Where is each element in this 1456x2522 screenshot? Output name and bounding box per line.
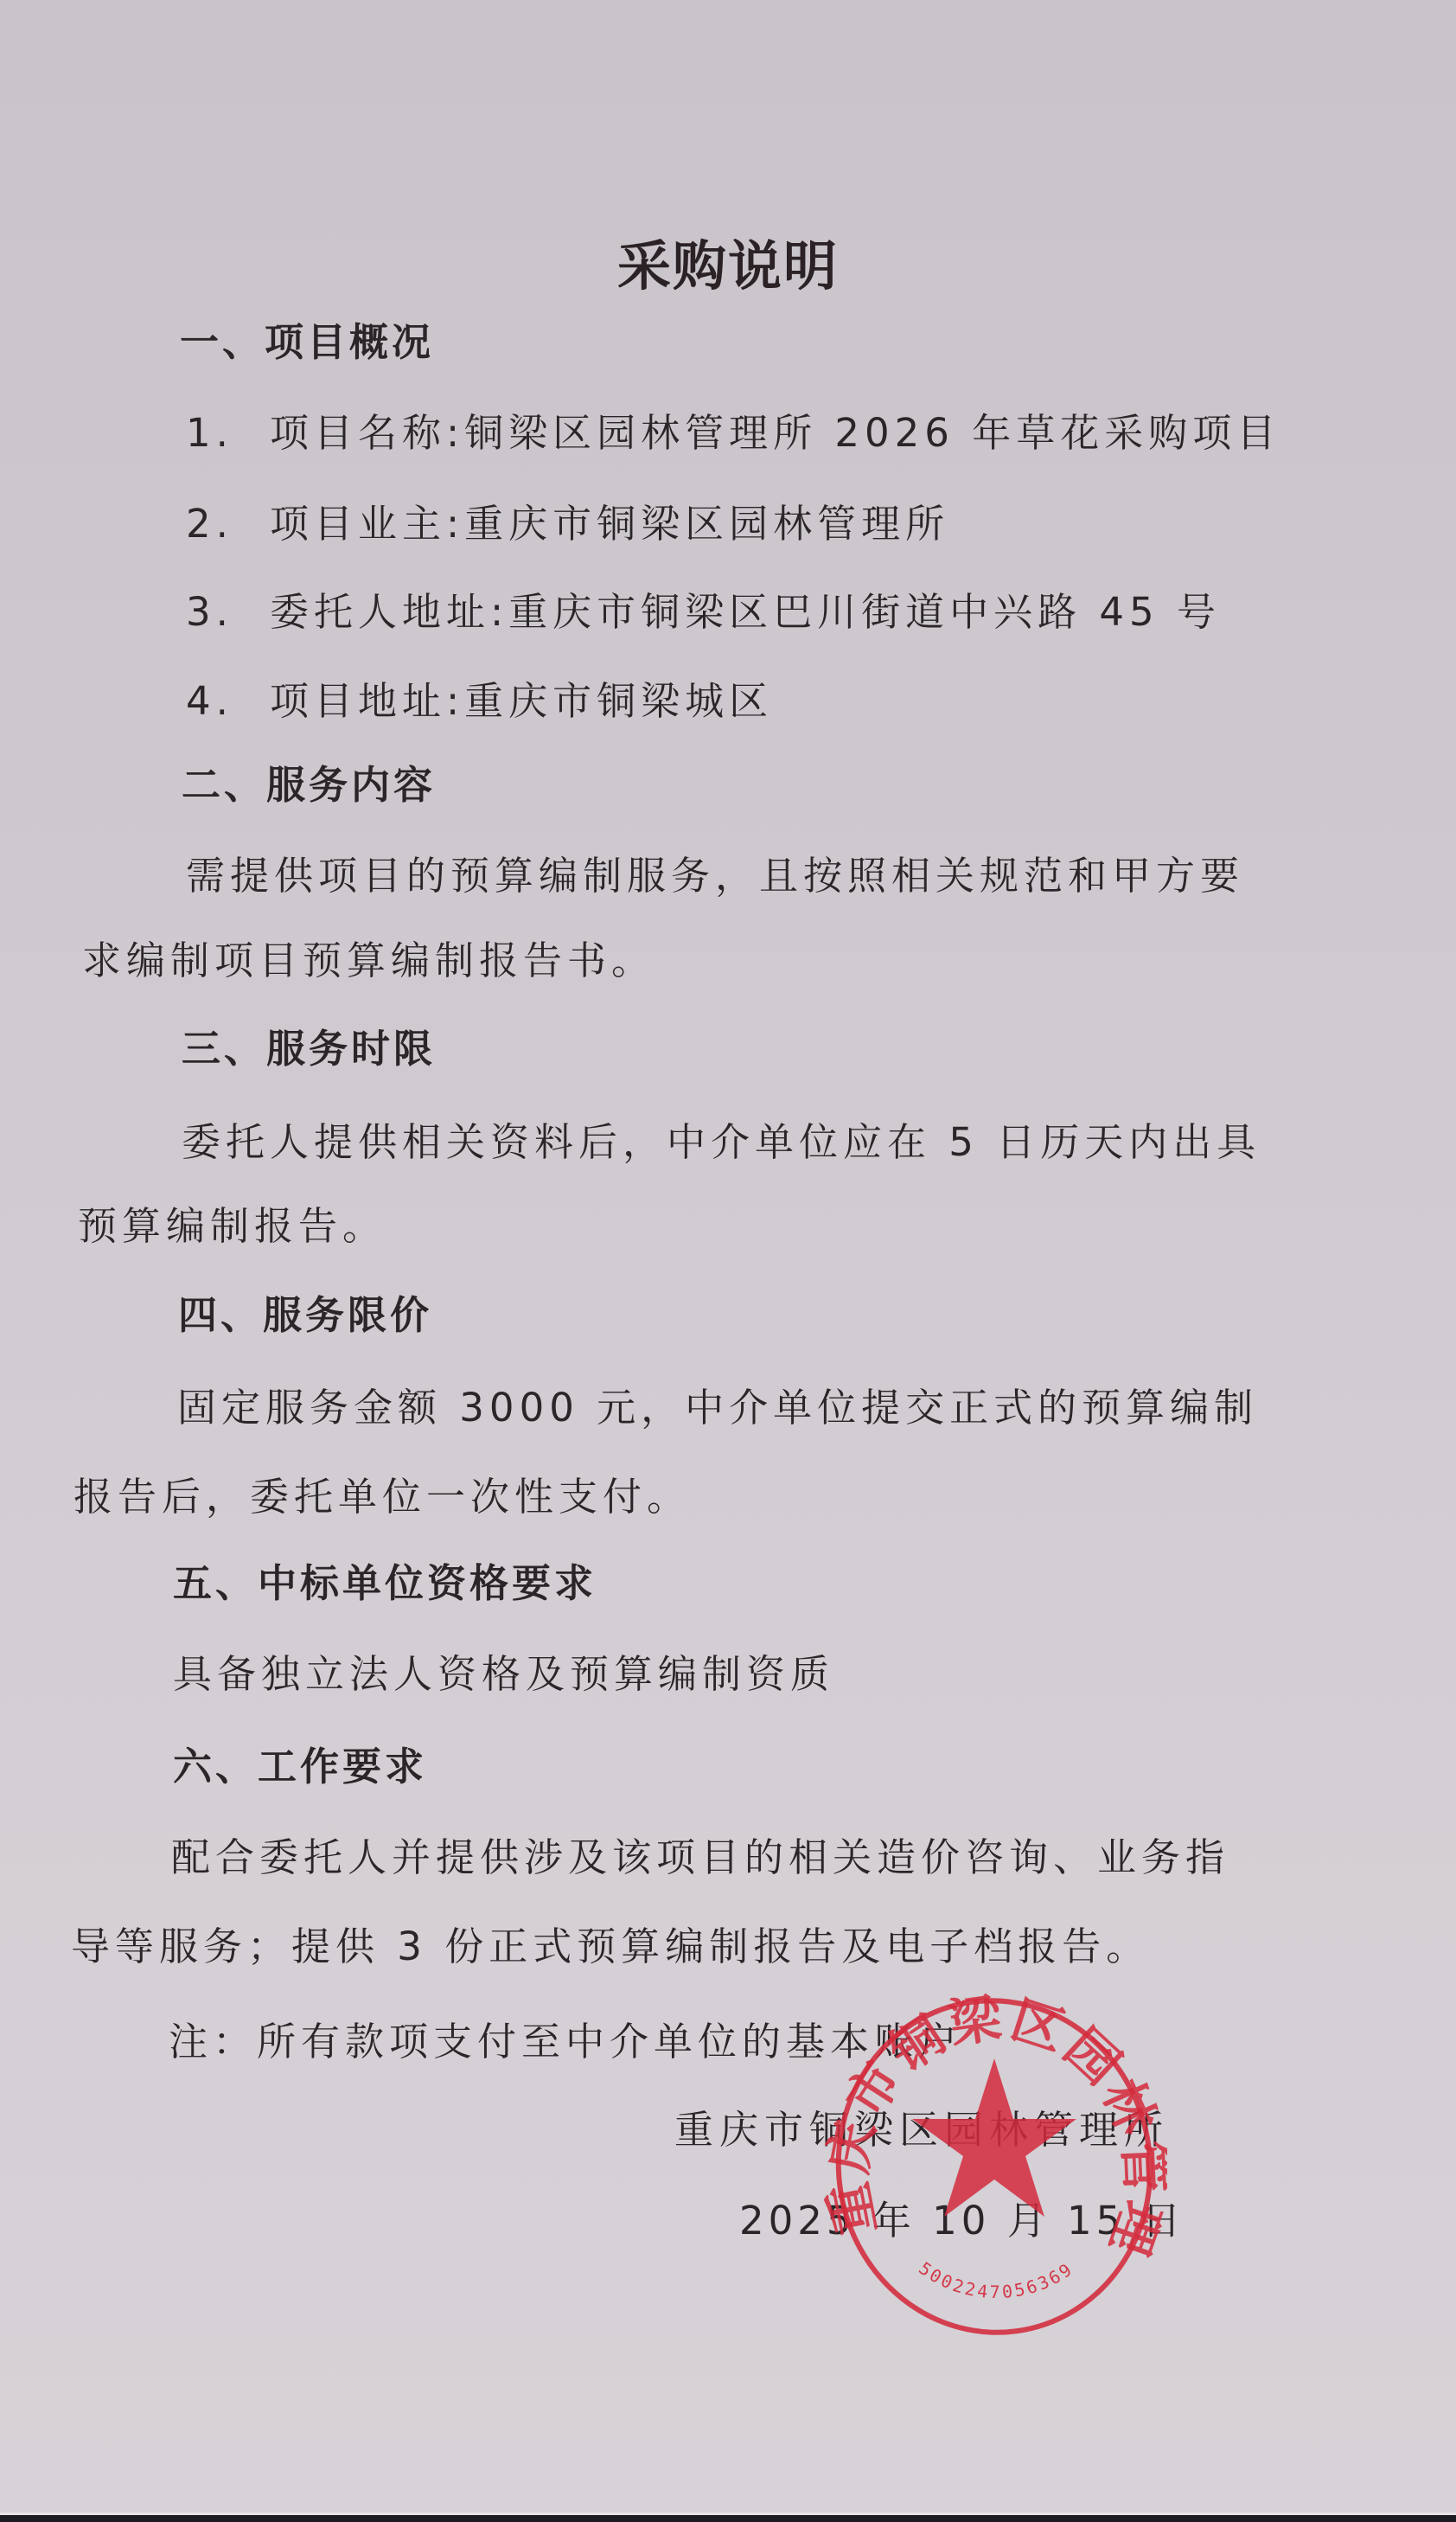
item-label: 项目地址: (270, 678, 464, 724)
item-label: 项目名称: (270, 410, 464, 456)
section-heading-work-requirements: 六、工作要求 (173, 1747, 427, 1786)
section-heading-service-content: 二、服务内容 (182, 765, 436, 804)
service-period-line-2: 预算编制报告。 (78, 1207, 386, 1245)
signature-date: 2025 年 10 月 15 日 (739, 2201, 1185, 2240)
item-label: 项目业主: (270, 501, 464, 547)
item-number: 4. (186, 678, 233, 724)
service-content-line-2: 求编制项目预算编制报告书。 (82, 941, 655, 980)
price-limit-line-2: 报告后，委托单位一次性支付。 (73, 1477, 691, 1516)
svg-text:5002247056369: 5002247056369 (915, 2257, 1077, 2302)
section-heading-bidder-qualification: 五、中标单位资格要求 (173, 1564, 597, 1603)
item-number: 1. (186, 410, 233, 456)
section-heading-service-period: 三、服务时限 (182, 1029, 436, 1068)
document-title: 采购说明 (0, 223, 1456, 300)
service-content-line-1: 需提供项目的预算编制服务，且按照相关规范和甲方要 (186, 856, 1244, 895)
overview-item-project-name: 1.项目名称:铜梁区园林管理所 2026 年草花采购项目 (186, 413, 1280, 452)
price-limit-line-1: 固定服务金额 3000 元，中介单位提交正式的预算编制 (177, 1388, 1258, 1427)
item-number: 3. (186, 589, 233, 635)
section-heading-overview: 一、项目概况 (180, 323, 434, 362)
item-value: 重庆市铜梁城区 (464, 678, 773, 724)
item-value: 重庆市铜梁区园林管理所 (464, 501, 949, 547)
document-page: 采购说明 一、项目概况 1.项目名称:铜梁区园林管理所 2026 年草花采购项目… (0, 0, 1456, 2513)
service-period-line-1: 委托人提供相关资料后，中介单位应在 5 日历天内出具 (182, 1123, 1261, 1162)
signature-organization: 重庆市铜梁区园林管理所 (674, 2110, 1169, 2149)
section-heading-price-limit: 四、服务限价 (178, 1296, 432, 1335)
item-value: 重庆市铜梁区巴川街道中兴路 45 号 (508, 589, 1221, 635)
item-label: 委托人地址: (270, 589, 508, 635)
work-requirements-line-1: 配合委托人并提供涉及该项目的相关造价咨询、业务指 (171, 1838, 1229, 1877)
overview-item-project-owner: 2.项目业主:重庆市铜梁区园林管理所 (186, 504, 949, 543)
item-number: 2. (186, 501, 233, 547)
overview-item-project-address: 4.项目地址:重庆市铜梁城区 (186, 682, 773, 720)
payment-note: 注：所有款项支付至中介单位的基本账户 (169, 2022, 962, 2061)
work-requirements-line-2: 导等服务；提供 3 份正式预算编制报告及电子档报告。 (71, 1927, 1150, 1966)
item-value: 铜梁区园林管理所 2026 年草花采购项目 (464, 410, 1280, 456)
overview-item-client-address: 3.委托人地址:重庆市铜梁区巴川街道中兴路 45 号 (186, 592, 1221, 631)
bidder-qualification-line-1: 具备独立法人资格及预算编制资质 (173, 1655, 834, 1693)
